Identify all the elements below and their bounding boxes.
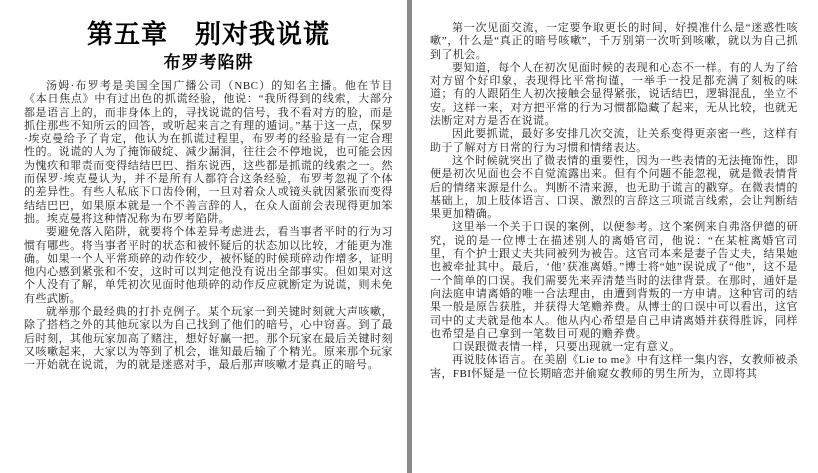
paragraph: 这个时候就突出了微表情的重要性，因为一些表情的无法掩饰性，即便是初次见面也会不自… — [430, 155, 798, 221]
chapter-title: 第五章 别对我说谎 — [24, 18, 393, 50]
book-spread: 第五章 别对我说谎 布罗考陷阱 汤姆·布罗考是美国全国广播公司（NBC）的知名主… — [0, 0, 818, 473]
paragraph: 第一次见面交流，一定要争取更长的时间，好摸准什么是“迷惑性咳嗽”，什么是“真正的… — [430, 22, 798, 62]
paragraph: 因此要抓谎，最好多安排几次交流，让关系变得更亲密一些，这样有助于了解对方日常的行… — [430, 128, 798, 155]
paragraph: 就举那个最经典的打扑克例子。某个玩家一到关键时刻就大声咳嗽，除了搭档之外的其他玩… — [24, 306, 393, 372]
paragraph: 这里举一个关于口误的案例，以便参考。这个案例来自弗洛伊德的研究，说的是一位博士在… — [430, 221, 798, 341]
paragraph: 再说肢体语言。在美剧《Lie to me》中有这样一集内容，女教师被杀害，FBI… — [430, 354, 798, 381]
right-page: 第一次见面交流，一定要争取更长的时间，好摸准什么是“迷惑性咳嗽”，什么是“真正的… — [412, 0, 818, 473]
paragraph: 口误跟微表情一样，只要出现就一定有意义。 — [430, 341, 798, 354]
paragraph: 汤姆·布罗考是美国全国广播公司（NBC）的知名主播。他在节目《本日焦点》中有过出… — [24, 80, 393, 226]
section-title: 布罗考陷阱 — [24, 52, 393, 74]
paragraph: 要避免落入陷阱，就要将个体差异考虑进去，看当事者平时的行为习惯有哪些。将当事者平… — [24, 226, 393, 306]
left-page: 第五章 别对我说谎 布罗考陷阱 汤姆·布罗考是美国全国广播公司（NBC）的知名主… — [0, 0, 407, 473]
paragraph: 要知道，每个人在初次见面时候的表现和心态不一样。有的人为了给对方留个好印象，表现… — [430, 62, 798, 128]
